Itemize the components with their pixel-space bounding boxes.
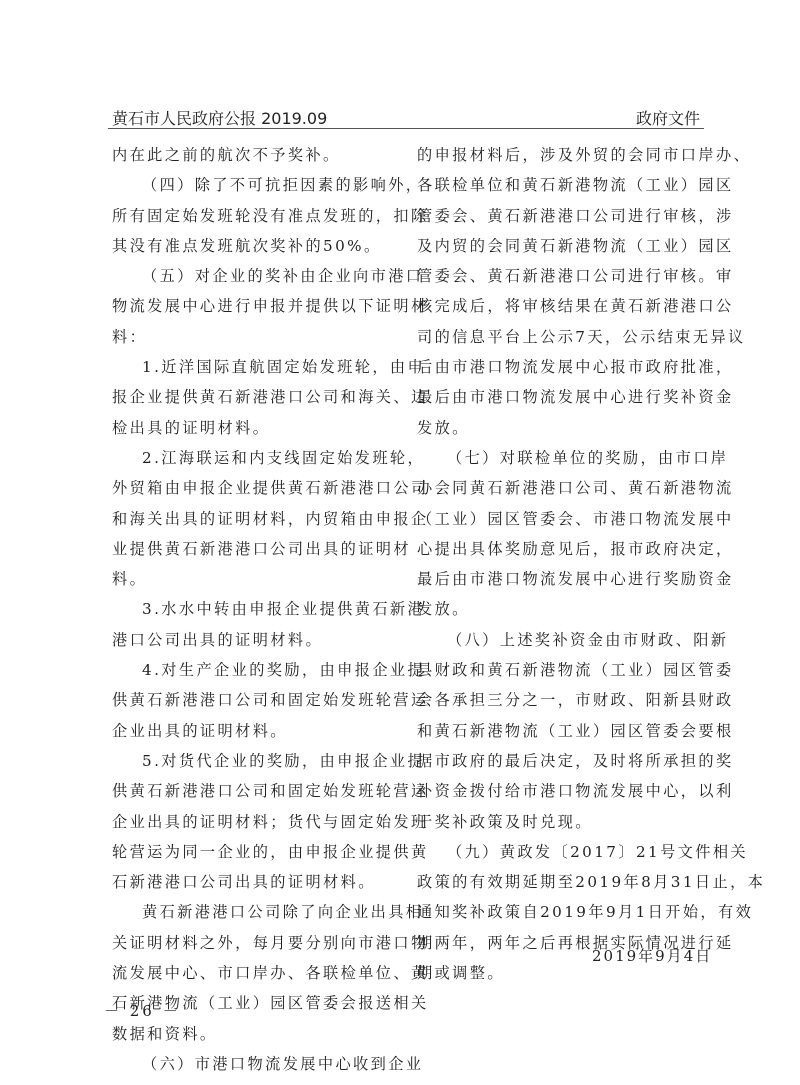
text-line: 管委会、黄石新港港口公司进行审核，涉	[417, 201, 705, 231]
text-line: 发放。	[417, 594, 705, 624]
text-line: （六）市港口物流发展中心收到企业	[112, 1049, 400, 1079]
text-line: 最后由市港口物流发展中心进行奖励资金	[417, 564, 705, 594]
text-line: （七）对联检单位的奖励，由市口岸	[417, 443, 705, 473]
text-line: 检出具的证明材料。	[112, 413, 400, 443]
text-line: （八）上述奖补资金由市财政、阳新	[417, 625, 705, 655]
text-line: 司的信息平台上公示7天，公示结束无异议	[417, 322, 705, 352]
text-line: 的申报材料后，涉及外贸的会同市口岸办、	[417, 140, 705, 170]
text-line: 石新港港口公司出具的证明材料。	[112, 867, 400, 897]
text-line: 企业出具的证明材料；货代与固定始发班	[112, 807, 400, 837]
text-line: 业提供黄石新港港口公司出具的证明材	[112, 534, 400, 564]
publication-title: 黄石市人民政府公报 2019.09	[112, 106, 327, 129]
page-number: － 26 －	[104, 1000, 181, 1021]
text-line: 4.对生产企业的奖励，由申报企业提	[112, 655, 400, 685]
text-line: 政策的有效期延期至2019年8月31日止，本	[417, 867, 705, 897]
text-line: 心提出具体奖励意见后，报市政府决定，	[417, 534, 705, 564]
text-line: 于奖补政策及时兑现。	[417, 807, 705, 837]
text-line: 流发展中心、市口岸办、各联检单位、黄	[112, 958, 400, 988]
text-line: （工业）园区管委会、市港口物流发展中	[417, 504, 705, 534]
text-line: 外贸箱由申报企业提供黄石新港港口公司	[112, 473, 400, 503]
text-line: （九）黄政发〔2017〕21号文件相关	[417, 837, 705, 867]
text-line: （四）除了不可抗拒因素的影响外，	[112, 170, 400, 200]
text-line: 内在此之前的航次不予奖补。	[112, 140, 400, 170]
section-label: 政府文件	[636, 106, 700, 129]
text-line: 核完成后，将审核结果在黄石新港港口公	[417, 291, 705, 321]
text-line: 县财政和黄石新港物流（工业）园区管委	[417, 655, 705, 685]
text-line: 5.对货代企业的奖励，由申报企业提	[112, 746, 400, 776]
text-line: 企业出具的证明材料。	[112, 716, 400, 746]
text-line: 轮营运为同一企业的，由申报企业提供黄	[112, 837, 400, 867]
text-line: 2.江海联运和内支线固定始发班轮，	[112, 443, 400, 473]
text-line: 关证明材料之外，每月要分别向市港口物	[112, 928, 400, 958]
text-line: 1.近洋国际直航固定始发班轮，由申	[112, 352, 400, 382]
text-line: 3.水水中转由申报企业提供黄石新港	[112, 594, 400, 624]
text-line: 港口公司出具的证明材料。	[112, 625, 400, 655]
left-column: 内在此之前的航次不予奖补。（四）除了不可抗拒因素的影响外，所有固定始发班轮没有准…	[112, 140, 400, 1079]
text-line: （五）对企业的奖补由企业向市港口	[112, 261, 400, 291]
text-line: 通知奖补政策自2019年9月1日开始，有效	[417, 897, 705, 927]
text-line: 和海关出具的证明材料，内贸箱由申报企	[112, 504, 400, 534]
text-line: 发放。	[417, 413, 705, 443]
text-line: 及内贸的会同黄石新港物流（工业）园区	[417, 231, 705, 261]
text-line: 供黄石新港港口公司和固定始发班轮营运	[112, 776, 400, 806]
text-line: 最后由市港口物流发展中心进行奖补资金	[417, 382, 705, 412]
text-line: 管委会、黄石新港港口公司进行审核。审	[417, 261, 705, 291]
text-line: 供黄石新港港口公司和固定始发班轮营运	[112, 685, 400, 715]
text-line: 会各承担三分之一，市财政、阳新县财政	[417, 685, 705, 715]
text-line: 数据和资料。	[112, 1019, 400, 1049]
text-line: 办会同黄石新港港口公司、黄石新港物流	[417, 473, 705, 503]
text-line: 和黄石新港物流（工业）园区管委会要根	[417, 716, 705, 746]
right-column: 的申报材料后，涉及外贸的会同市口岸办、各联检单位和黄石新港物流（工业）园区管委会…	[417, 140, 705, 988]
text-line: 据市政府的最后决定，及时将所承担的奖	[417, 746, 705, 776]
text-line: 料。	[112, 564, 400, 594]
text-line: 各联检单位和黄石新港物流（工业）园区	[417, 170, 705, 200]
text-line: 料：	[112, 322, 400, 352]
text-line: 补资金拨付给市港口物流发展中心，以利	[417, 776, 705, 806]
text-line: 报企业提供黄石新港港口公司和海关、边	[112, 382, 400, 412]
text-line: 物流发展中心进行申报并提供以下证明材	[112, 291, 400, 321]
text-line: 黄石新港港口公司除了向企业出具相	[112, 897, 400, 927]
text-line: 后由市港口物流发展中心报市政府批准，	[417, 352, 705, 382]
text-line: 所有固定始发班轮没有准点发班的，扣除	[112, 201, 400, 231]
text-line: 其没有准点发班航次奖补的50%。	[112, 231, 400, 261]
running-header: 黄石市人民政府公报 2019.09 政府文件	[108, 104, 704, 129]
signature-date: 2019年9月4日	[592, 945, 712, 966]
